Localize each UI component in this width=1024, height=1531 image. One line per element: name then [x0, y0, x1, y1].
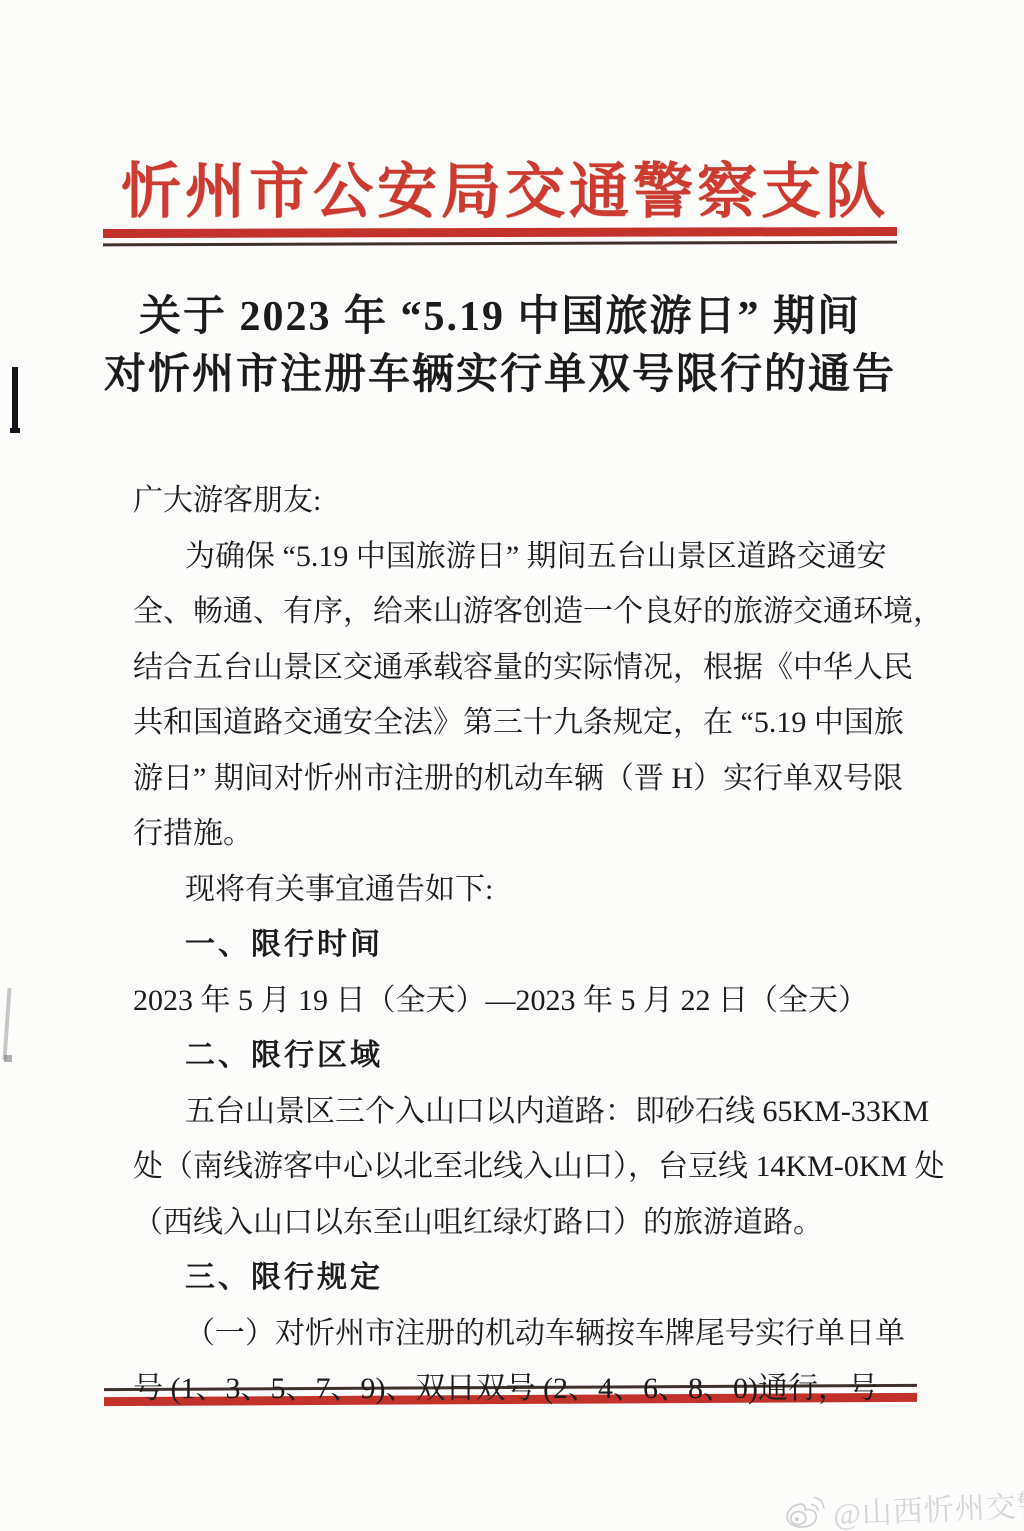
- document-title-line2: 对忻州市注册车辆实行单双号限行的通告: [104, 352, 896, 398]
- body-line: 二、限行区域: [133, 1028, 933, 1084]
- document-title: 关于 2023 年 “5.19 中国旅游日” 期间 对忻州市注册车辆实行单双号限…: [0, 288, 1000, 404]
- body-line: 一、限行时间: [133, 917, 933, 973]
- body-line: 2023 年 5 月 19 日（全天）—2023 年 5 月 22 日（全天）: [133, 973, 933, 1029]
- scan-artifact-mark: [4, 1055, 12, 1062]
- body-line: （西线入山口以东至山咀红绿灯路口）的旅游道路。: [133, 1195, 933, 1251]
- scan-artifact-mark: [10, 428, 20, 433]
- body-line: （一）对忻州市注册的机动车辆按车牌尾号实行单日单: [133, 1306, 933, 1362]
- body-line: 三、限行规定: [133, 1250, 933, 1306]
- body-line: 处（南线游客中心以北至北线入山口），台豆线 14KM-0KM 处: [133, 1139, 933, 1195]
- body-line: 号 (1、3、5、7、9)、双日双号 (2、4、6、8、0)通行，号: [133, 1361, 933, 1417]
- scan-artifact-mark: [2, 988, 11, 1060]
- letterhead-rule-red: [103, 227, 897, 238]
- body-line: 为确保 “5.19 中国旅游日” 期间五台山景区道路交通安: [133, 529, 933, 585]
- body-line: 广大游客朋友:: [133, 473, 933, 529]
- scan-artifact-mark: [12, 367, 18, 429]
- body-line: 现将有关事宜通告如下:: [133, 862, 933, 918]
- body-line: 全、畅通、有序，给来山游客创造一个良好的旅游交通环境，: [133, 584, 933, 640]
- body-line: 五台山景区三个入山口以内道路：即砂石线 65KM-33KM: [133, 1084, 933, 1140]
- weibo-icon: [783, 1494, 827, 1531]
- watermark-text: @山西忻州交警: [832, 1480, 1024, 1531]
- watermark: @山西忻州交警: [783, 1480, 1024, 1531]
- body-line: 行措施。: [133, 806, 933, 862]
- body-line: 结合五台山景区交通承载容量的实际情况，根据《中华人民: [133, 640, 933, 696]
- body-line: 游日” 期间对忻州市注册的机动车辆（晋 H）实行单双号限: [133, 751, 933, 807]
- body-line: 共和国道路交通安全法》第三十九条规定，在 “5.19 中国旅: [133, 695, 933, 751]
- letterhead-rule-dark: [103, 241, 897, 247]
- scanned-notice-page: 忻州市公安局交通警察支队 关于 2023 年 “5.19 中国旅游日” 期间 对…: [0, 0, 1024, 1531]
- notice-body: 广大游客朋友:为确保 “5.19 中国旅游日” 期间五台山景区道路交通安全、畅通…: [133, 473, 933, 1417]
- document-title-line1: 关于 2023 年 “5.19 中国旅游日” 期间: [139, 294, 861, 340]
- letterhead-agency-title: 忻州市公安局交通警察支队: [0, 144, 1010, 230]
